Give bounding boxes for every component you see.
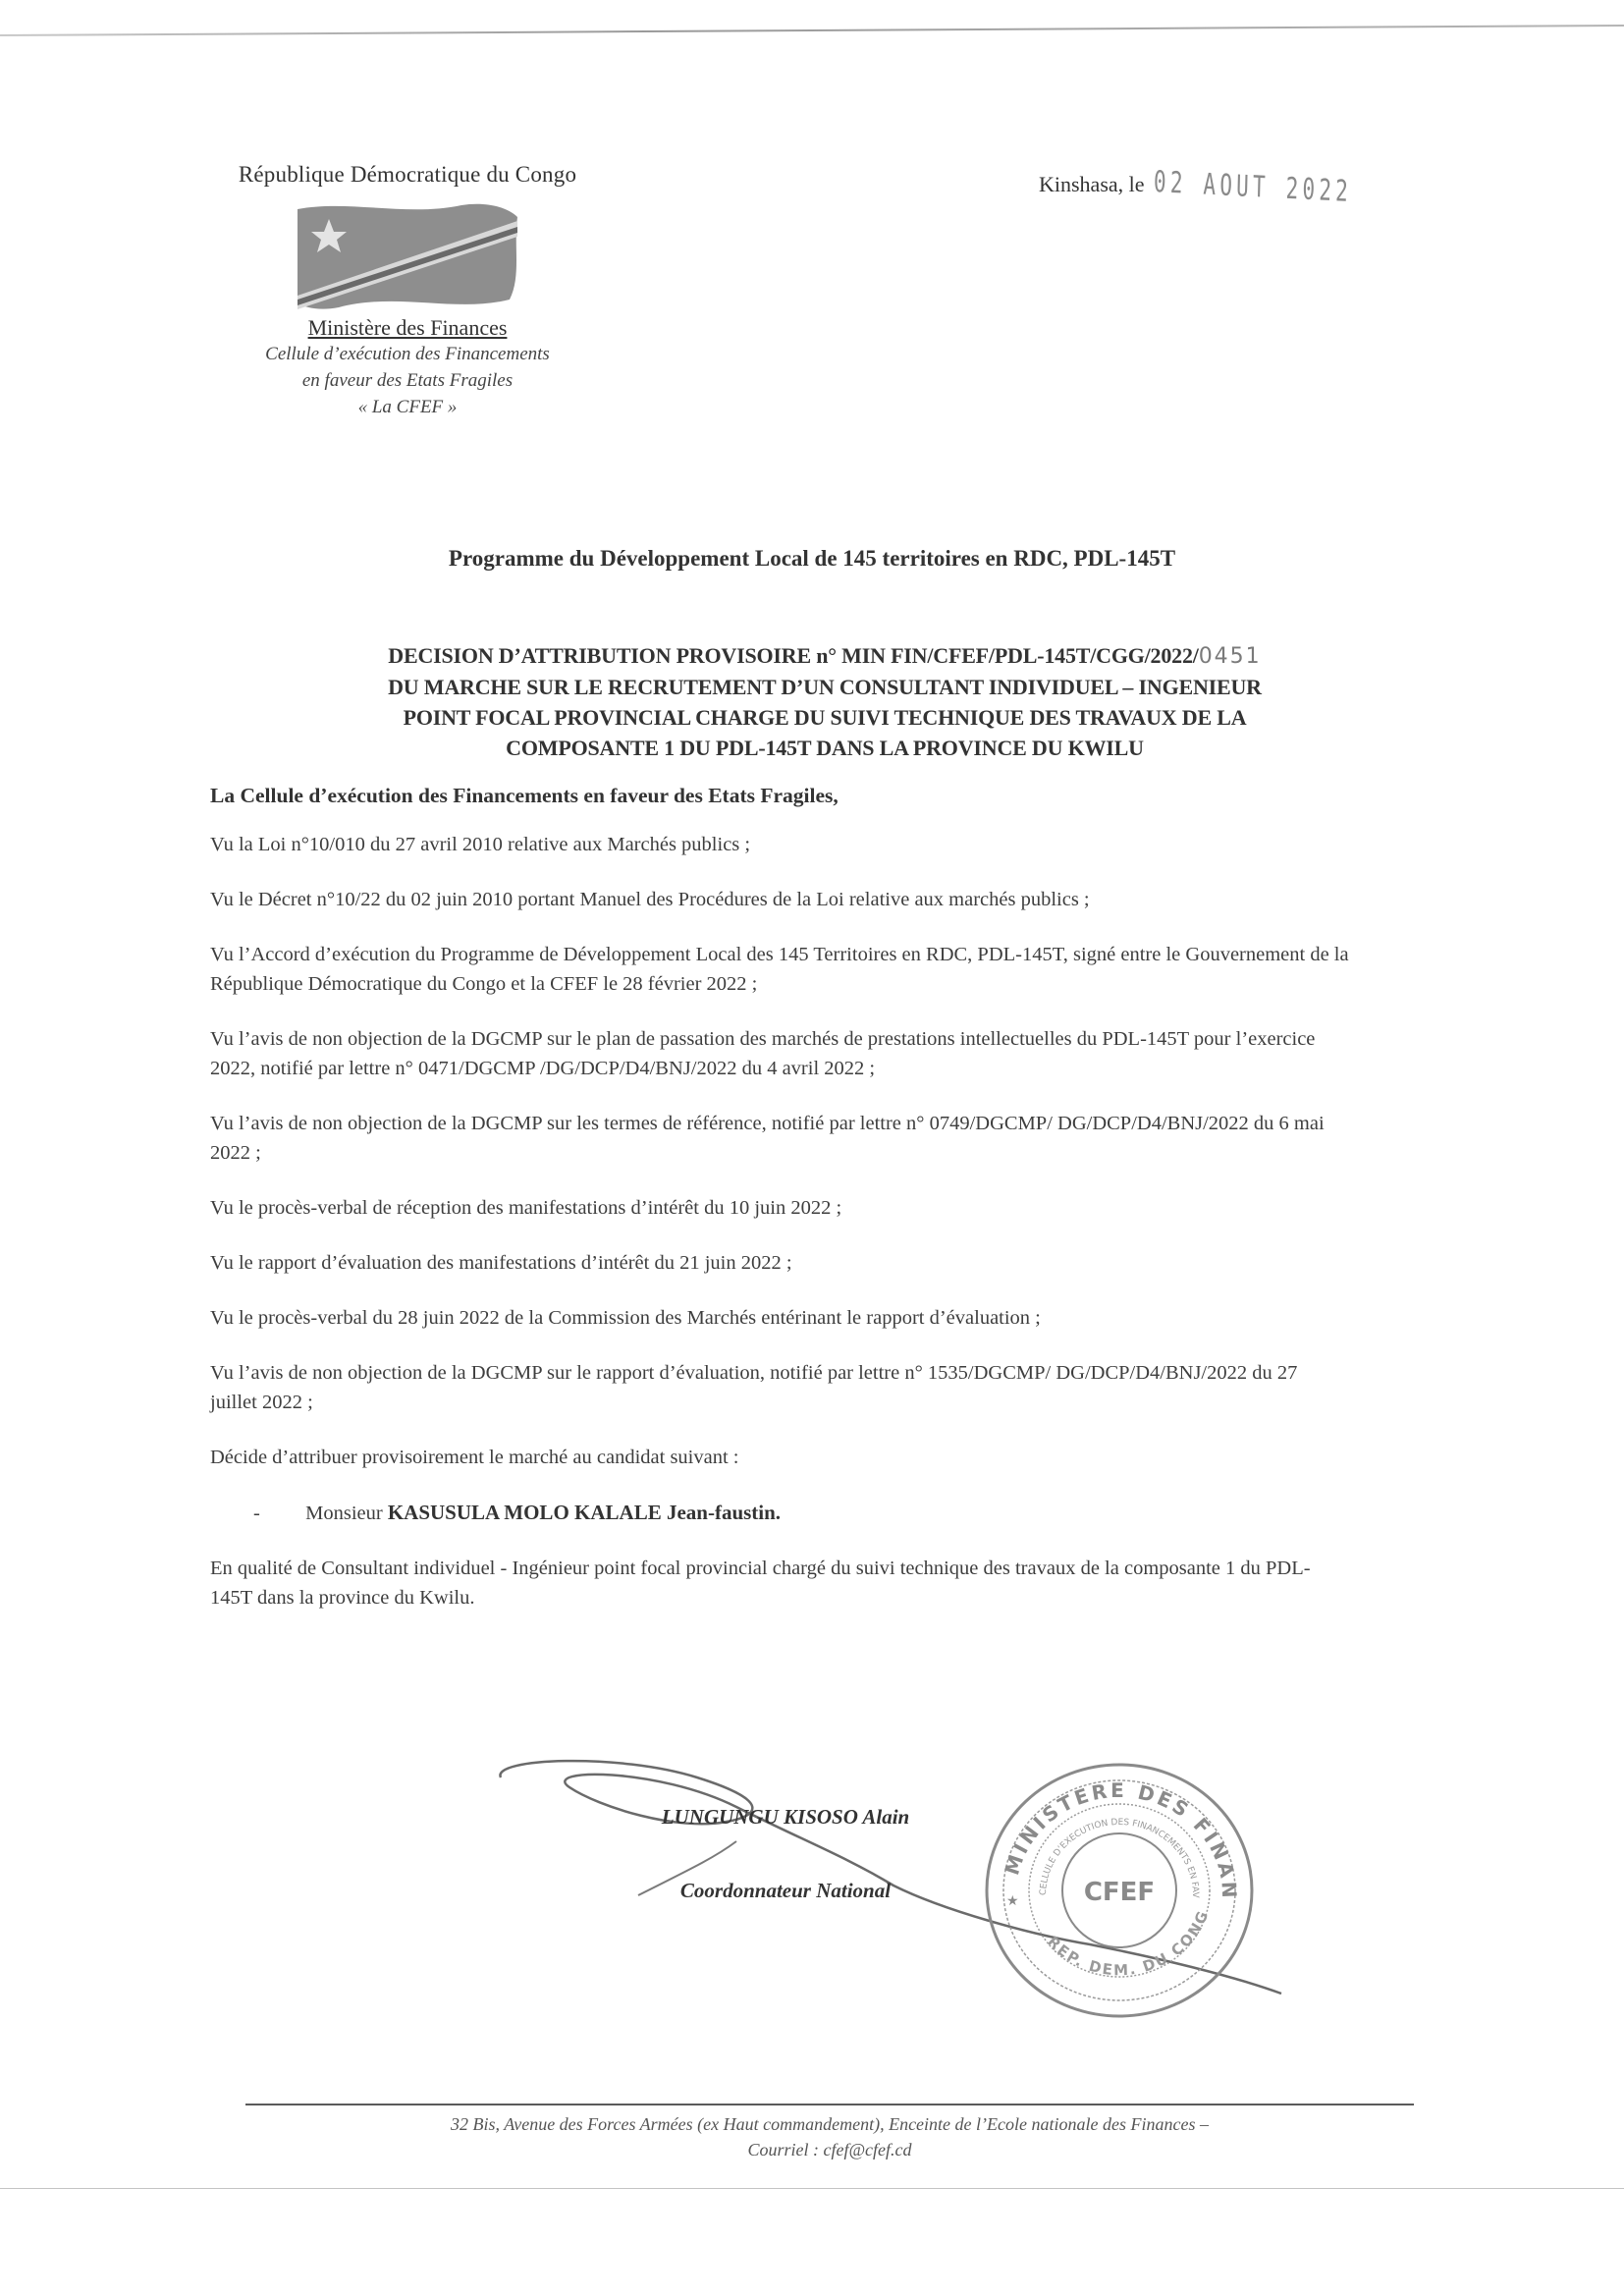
decides-statement: Décide d’attribuer provisoirement le mar… [210, 1443, 1349, 1472]
footer: 32 Bis, Avenue des Forces Armées (ex Hau… [245, 2111, 1414, 2162]
cell-name-line-1: Cellule d’exécution des Financements [167, 341, 648, 367]
cell-name-line-2: en faveur des Etats Fragiles [167, 367, 648, 394]
date-line: Kinshasa, le 02 AOUT 2022 [1039, 165, 1437, 199]
country-name: République Démocratique du Congo [167, 162, 648, 188]
consideration: Vu le rapport d’évaluation des manifesta… [210, 1248, 1349, 1278]
official-seal-icon: MINISTERE DES FINANCES CELLULE D’EXECUTI… [977, 1758, 1262, 2023]
consideration: Vu l’avis de non objection de la DGCMP s… [210, 1358, 1349, 1417]
svg-text:★: ★ [1006, 1894, 1019, 1909]
signatory-title: Coordonnateur National [609, 1879, 962, 1903]
decision-reference: DECISION D’ATTRIBUTION PROVISOIRE n° MIN… [388, 643, 1198, 668]
footer-address: 32 Bis, Avenue des Forces Armées (ex Hau… [245, 2111, 1414, 2137]
consideration: Vu l’Accord d’exécution du Programme de … [210, 940, 1349, 999]
date-prefix: Kinshasa, le [1039, 172, 1145, 196]
drc-flag-icon [290, 197, 525, 313]
program-title: Programme du Développement Local de 145 … [0, 546, 1624, 572]
decision-line-3: POINT FOCAL PROVINCIAL CHARGE DU SUIVI T… [236, 702, 1414, 733]
cell-acronym: « La CFEF » [167, 394, 648, 420]
consideration: Vu l’avis de non objection de la DGCMP s… [210, 1024, 1349, 1083]
footer-divider [245, 2104, 1414, 2105]
intro: La Cellule d’exécution des Financements … [210, 784, 1349, 808]
bullet-dash: - [253, 1499, 300, 1528]
consideration: Vu le procès-verbal de réception des man… [210, 1193, 1349, 1223]
scan-edge-bottom [0, 2188, 1624, 2189]
candidate: - Monsieur KASUSULA MOLO KALALE Jean-fau… [253, 1498, 1349, 1528]
handwritten-number: 0451 [1199, 644, 1262, 669]
signature-block: LUNGUNGU KISOSO Alain Coordonnateur Nati… [609, 1805, 962, 1903]
decision-body: La Cellule d’exécution des Financements … [210, 784, 1349, 1638]
letterhead: République Démocratique du Congo Ministè… [167, 162, 648, 420]
footer-email: Courriel : cfef@cfef.cd [245, 2137, 1414, 2162]
capacity-statement: En qualité de Consultant individuel - In… [210, 1554, 1349, 1613]
ministry-name: Ministère des Finances [167, 315, 648, 341]
decision-line-2: DU MARCHE SUR LE RECRUTEMENT D’UN CONSUL… [236, 672, 1414, 702]
candidate-name: KASUSULA MOLO KALALE Jean-faustin. [388, 1501, 781, 1524]
signatory-name: LUNGUNGU KISOSO Alain [609, 1805, 962, 1830]
decision-line-1: DECISION D’ATTRIBUTION PROVISOIRE n° MIN… [236, 640, 1414, 672]
consideration: Vu le Décret n°10/22 du 02 juin 2010 por… [210, 885, 1349, 914]
scan-edge-top [0, 25, 1624, 36]
svg-text:CFEF: CFEF [1084, 1878, 1155, 1907]
candidate-title: Monsieur [305, 1503, 383, 1524]
date-stamp: 02 AOUT 2022 [1154, 165, 1353, 209]
consideration: Vu le procès-verbal du 28 juin 2022 de l… [210, 1303, 1349, 1333]
consideration: Vu la Loi n°10/010 du 27 avril 2010 rela… [210, 830, 1349, 859]
consideration: Vu l’avis de non objection de la DGCMP s… [210, 1109, 1349, 1168]
decision-line-4: COMPOSANTE 1 DU PDL-145T DANS LA PROVINC… [236, 733, 1414, 763]
decision-title: DECISION D’ATTRIBUTION PROVISOIRE n° MIN… [236, 640, 1414, 763]
